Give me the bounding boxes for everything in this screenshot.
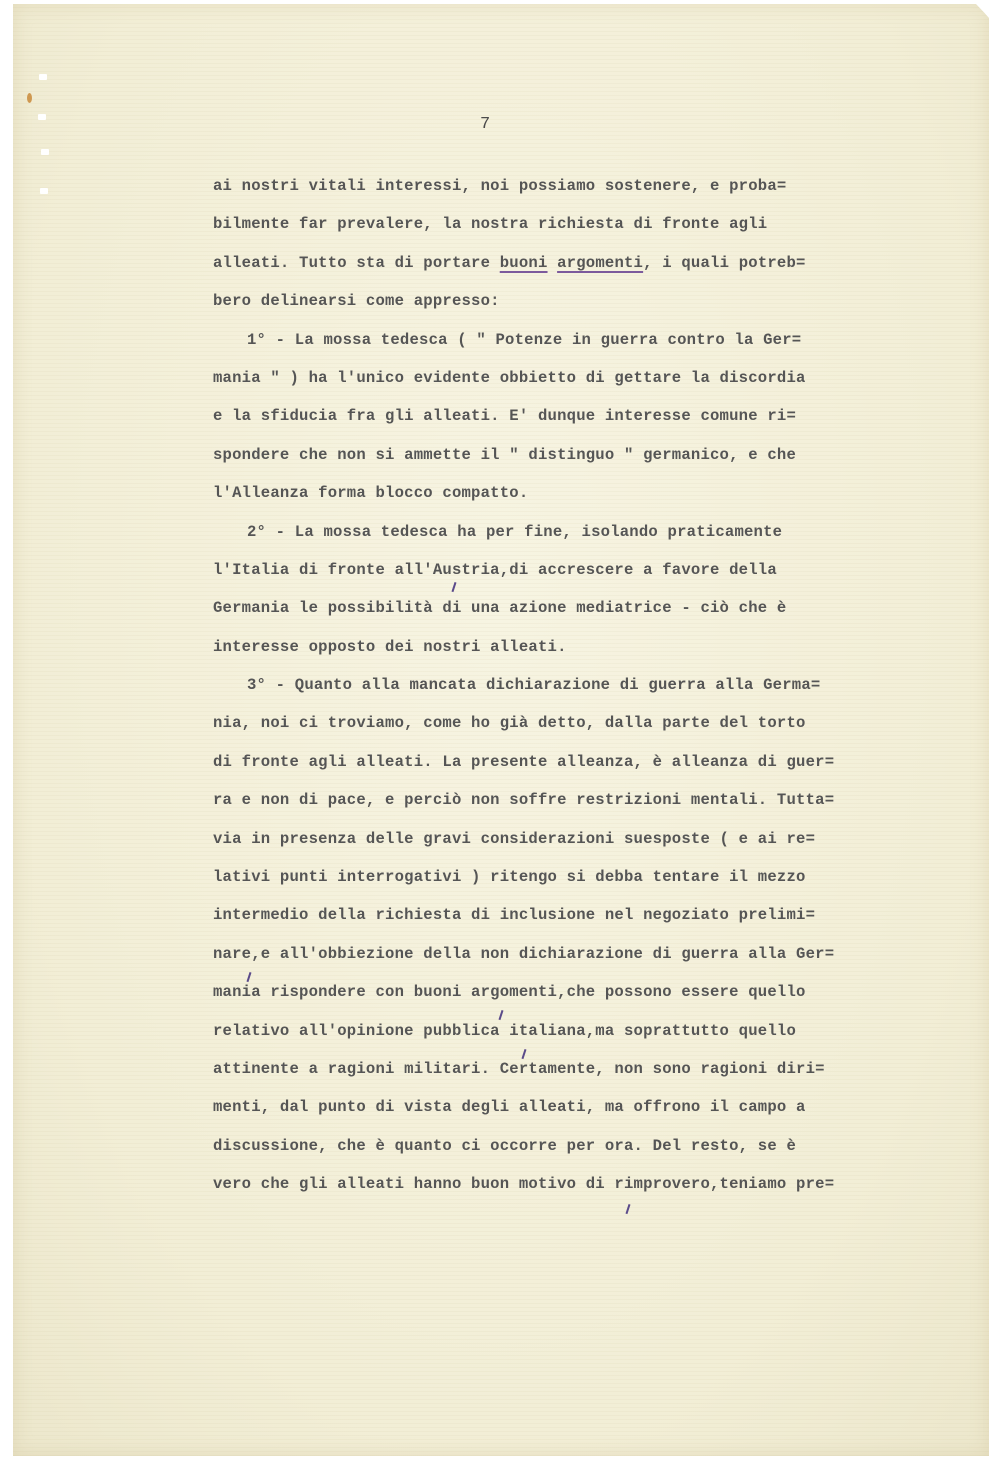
- text-line: bilmente far prevalere, la nostra richie…: [213, 210, 973, 248]
- text-line: di fronte agli alleati. La presente alle…: [213, 748, 973, 786]
- punch-hole: [39, 74, 47, 80]
- underlined-word: buoni: [500, 254, 548, 272]
- punch-hole: [40, 188, 48, 194]
- text-line: l'Alleanza forma blocco compatto.: [213, 479, 973, 517]
- punch-hole: [41, 149, 49, 155]
- text-line: nia, noi ci troviamo, come ho già detto,…: [213, 709, 973, 747]
- underlined-word: argomenti: [557, 254, 643, 272]
- text-line: via in presenza delle gravi considerazio…: [213, 825, 973, 863]
- text-line: nare,e all'obbiezione della non dichiara…: [213, 940, 973, 978]
- text-line: attinente a ragioni militari. Certamente…: [213, 1055, 973, 1093]
- text-line: ai nostri vitali interessi, noi possiamo…: [213, 172, 973, 210]
- text-line: relativo all'opinione pubblica italiana,…: [213, 1017, 973, 1055]
- text-line: Germania le possibilità di una azione me…: [213, 594, 973, 632]
- numbered-point-1: 1° - La mossa tedesca ( " Potenze in gue…: [213, 326, 973, 364]
- text-line: intermedio della richiesta di inclusione…: [213, 901, 973, 939]
- text-fragment: alleati. Tutto sta di portare: [213, 254, 500, 272]
- numbered-point-3: 3° - Quanto alla mancata dichiarazione d…: [213, 671, 973, 709]
- rust-stain: [27, 93, 32, 103]
- text-line: l'Italia di fronte all'Austria,di accres…: [213, 556, 973, 594]
- text-line: e la sfiducia fra gli alleati. E' dunque…: [213, 402, 973, 440]
- text-line: mania " ) ha l'unico evidente obbietto d…: [213, 364, 973, 402]
- text-line: mania rispondere con buoni argomenti,che…: [213, 978, 973, 1016]
- text-line: menti, dal punto di vista degli alleati,…: [213, 1093, 973, 1131]
- page-number: 7: [480, 115, 490, 134]
- text-line: vero che gli alleati hanno buon motivo d…: [213, 1170, 973, 1208]
- text-line: interesse opposto dei nostri alleati.: [213, 633, 973, 671]
- text-line: alleati. Tutto sta di portare buoni argo…: [213, 249, 973, 287]
- text-line: ra e non di pace, e perciò non soffre re…: [213, 786, 973, 824]
- torn-corner: [969, 4, 989, 18]
- text-line: bero delinearsi come appresso:: [213, 287, 973, 325]
- text-line: lativi punti interrogativi ) ritengo si …: [213, 863, 973, 901]
- text-line: discussione, che è quanto ci occorre per…: [213, 1132, 973, 1170]
- text-fragment: , i quali potreb=: [643, 254, 805, 272]
- document-body: ai nostri vitali interessi, noi possiamo…: [213, 172, 973, 1209]
- numbered-point-2: 2° - La mossa tedesca ha per fine, isola…: [213, 518, 973, 556]
- text-line: spondere che non si ammette il " disting…: [213, 441, 973, 479]
- punch-hole: [38, 114, 46, 120]
